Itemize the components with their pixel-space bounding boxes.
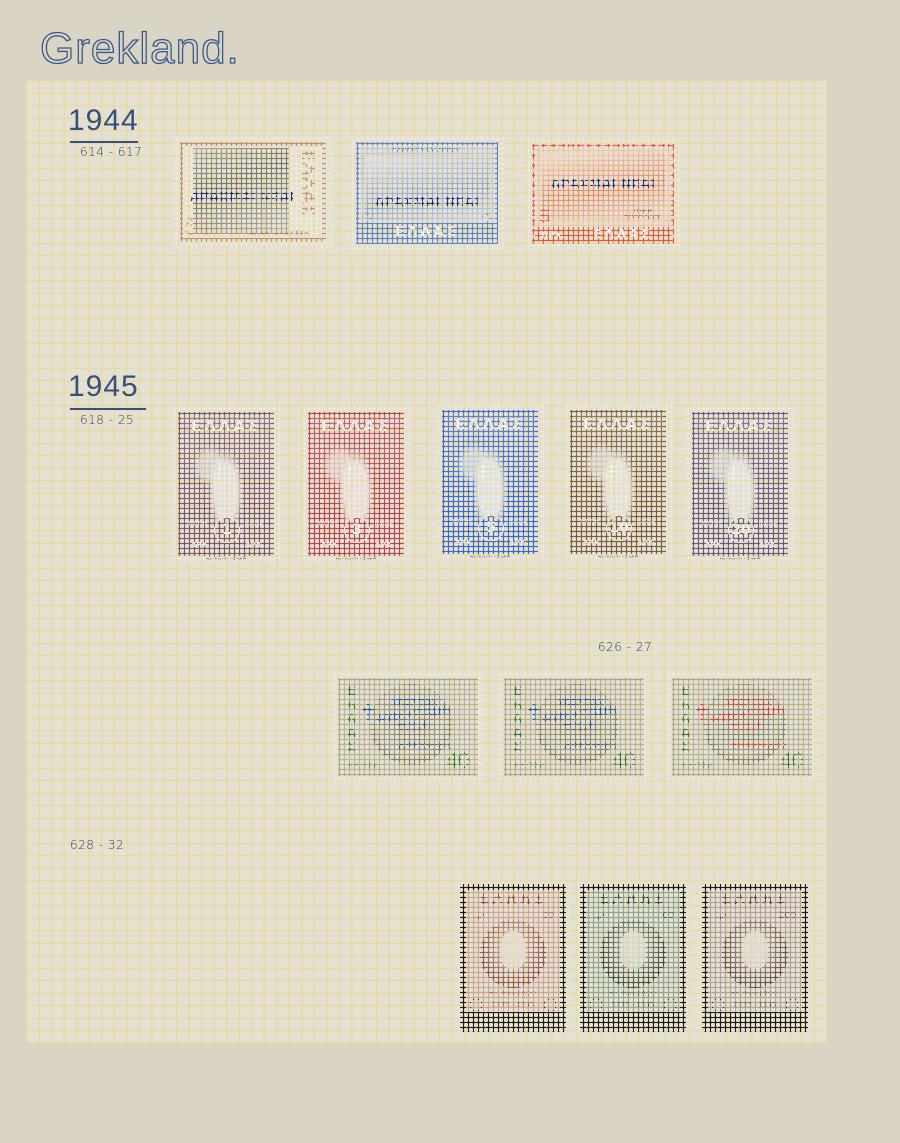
stamp-value: 50 xyxy=(185,214,212,242)
stamp-unit-left: ΔΡΧ xyxy=(321,541,337,549)
cross-of-lorraine-icon: ✝ xyxy=(693,701,711,726)
stamp-country: ΕΛΛΑΣ xyxy=(573,415,663,433)
stamp-printer: ΑΣΠΙΩΤΗ - ΕΛΚΑ xyxy=(564,554,672,560)
stamp-value: 1 xyxy=(214,517,240,543)
cross-of-lorraine-icon: ✝ xyxy=(525,701,543,726)
stamp-legend-left: Η ΓΥΣΗ xyxy=(319,521,337,527)
stamp-country: ΕΛΛΑΣ xyxy=(296,150,318,216)
stamp-country: ΕΛΛΑΣ xyxy=(466,892,560,908)
stamp-currency: ΔΡ. xyxy=(474,912,487,921)
stamp-unit-right: ΔΡΧ xyxy=(375,541,391,549)
stamp-victory-20-drx[interactable]: ΕΛΛΑΣ Η ΓΥΣΗ Η ΔΟΞΑ 20 ΔΡΧ ΔΡΧ ΑΣΠΙΩΤΗ -… xyxy=(686,406,794,562)
stamp-ornament-band xyxy=(708,1012,802,1026)
stamp-country: ΕΛΛΑΣ xyxy=(344,684,358,757)
stamp-value: 10 xyxy=(606,515,632,541)
stamp-unit-left: ΔΡΧ xyxy=(455,539,471,547)
stamp-printer: ΑΣΠΙΩΤΗ - ΕΛΚΑ xyxy=(686,556,794,562)
stamp-country: ΕΛΛΑΣ xyxy=(586,892,680,908)
stamp-value: 3 xyxy=(344,517,370,543)
stamp-country: ΕΛΛΑΣ xyxy=(695,417,785,435)
stamp-illustration xyxy=(365,157,489,221)
stamp-value: 5 xyxy=(478,515,504,541)
stamp-printer: ΑΣΠΙΩΤΗ - ΕΛΚΑ xyxy=(436,554,544,560)
catalog-614-617: 614 - 617 xyxy=(80,145,142,159)
stamp-value: 5 xyxy=(539,206,550,229)
stamp-legend-right: Η ΔΟΞΑ xyxy=(759,521,777,527)
stamp-printer: ΑΣΠΙΩΤΗ - ΕΛΚΑ xyxy=(172,556,280,562)
catalog-628-32: 628 - 32 xyxy=(70,838,124,852)
greek-key-icon xyxy=(590,999,602,1011)
stamp-tb-overprint-3[interactable]: ΕΛΛΑΣ ΛΕΠΤΑ 40 ΥΠΕΡ ΤΩΝ ΦΥΜΑΤΙΚΩΝ Τ.Τ.Τ.… xyxy=(666,672,818,782)
stamp-value-right: 2 xyxy=(481,209,493,235)
stamp-unit-left: ΔΡΧ xyxy=(705,541,721,549)
stamp-unit-right: ΔΡΧ xyxy=(245,541,261,549)
stamp-unit-right: ΔΡΧ xyxy=(759,541,775,549)
stamp-ornament-band xyxy=(586,1012,680,1026)
stamp-country: ΕΛΛΑΣ xyxy=(181,417,271,435)
stamp-ornament-band xyxy=(466,1012,560,1026)
stamp-caption: ΝΑΥΜΑΧΙΑ ΣΑΛΑΜΙΝΟΣ xyxy=(359,147,495,154)
stamp-roosevelt-30-dr[interactable]: ΕΛΛΑΣ ΔΡ. 30 ΦΡ. ΡΟΟΣΕΒΕΛΤ 1882 - 1945 xyxy=(456,880,570,1036)
stamp-caption: ΔΙΑΓΟΡΑΣ ΟΛΥΜΠΙΟΝΙΚΗΣ xyxy=(247,231,311,237)
stamp-overprint: ΔΡΑΧΜΑΙ ΝΕΑΙ xyxy=(359,195,495,209)
page-title: Grekland. xyxy=(40,24,240,74)
stamp-overprint: ΔΡΑΧΜΑΙ ΝΕΑΙ xyxy=(535,177,671,191)
stamp-victory-5-drx[interactable]: ΕΛΛΑΣ Η ΓΥΣΗ Η ΔΟΞΑ 5 ΔΡΧ ΔΡΧ ΑΣΠΙΩΤΗ - … xyxy=(436,404,544,560)
stamp-tb-overprint-2[interactable]: ΕΛΛΑΣ ΛΕΠΤΑ 40 ΥΠΕΡ ΤΩΝ ΦΥΜΑΤΙΚΩΝ Τ.Τ.Τ.… xyxy=(498,672,650,782)
stamp-unit: ΛΕΠΤΑ xyxy=(348,761,380,770)
stamp-unit-right: ΔΡΧ xyxy=(509,539,525,547)
stamp-legend-left: Η ΓΥΣΗ xyxy=(453,519,471,525)
year-1944-label: 1944 xyxy=(68,104,139,138)
stamp-overprint: ΥΠΕΡ ΤΩΝ ΦΥΜΑΤΙΚΩΝ Τ.Τ.Τ. ΔΡΑΧΜΑΙ 2 xyxy=(698,697,799,753)
stamp-name: ΦΡ. ΡΟΟΣΕΒΕΛΤ xyxy=(708,991,802,998)
stamp-country: ΕΛΛΑΣ xyxy=(445,415,535,433)
stamp-value: 60 xyxy=(663,911,674,921)
stamp-2-drx-surcharge[interactable]: ΝΑΥΜΑΧΙΑ ΣΑΛΑΜΙΝΟΣ ΔΡΑΧΜΑΙ ΝΕΑΙ ΕΛΛΑΣ 2 … xyxy=(350,136,504,250)
stamp-victory-3-drx[interactable]: ΕΛΛΑΣ Η ΓΥΣΗ Η ΔΟΞΑ 3 ΔΡΧ ΔΡΧ ΑΣΠΙΩΤΗ - … xyxy=(302,406,410,562)
stamp-printer: ΑΣΠΙΩΤΗ - ΕΛΚΑ xyxy=(302,556,410,562)
year-1945-underline xyxy=(70,408,146,410)
greek-key-icon xyxy=(786,999,798,1011)
stamp-legend-right: Η ΔΟΞΑ xyxy=(637,519,655,525)
stamp-unit: ΛΕΠΤΑ xyxy=(213,229,239,238)
stamp-overprint: ΔΡΑΧΜΑΙ ΝΕΑΙ xyxy=(183,190,302,204)
stamp-value: 20 xyxy=(728,517,754,543)
stamp-roosevelt-200-dr[interactable]: ΕΛΛΑΣ ΔΡ. 200 ΦΡ. ΡΟΟΣΕΒΕΛΤ 1882 - 1945 xyxy=(698,880,812,1036)
stamp-unit-left: ΔΡΧ xyxy=(191,541,207,549)
stamp-unit: ΛΕΠΤΑ xyxy=(682,761,714,770)
stamp-unit: ΔΡΧ. xyxy=(541,230,564,241)
stamp-country: ΕΛΛΑΣ xyxy=(678,684,692,757)
stamp-country: ΕΛΛΑΣ xyxy=(510,684,524,757)
stamp-value: 2 xyxy=(361,209,373,235)
portrait-face xyxy=(620,931,646,969)
stamp-currency: ΔΡ. xyxy=(716,912,729,921)
catalog-618-25: 618 - 25 xyxy=(80,413,134,427)
stamp-legend-right: Η ΔΟΞΑ xyxy=(375,521,393,527)
greek-key-icon xyxy=(544,999,556,1011)
greek-key-icon xyxy=(470,999,482,1011)
stamp-name: ΦΡ. ΡΟΟΣΕΒΕΛΤ xyxy=(586,991,680,998)
stamp-legend-right: Η ΔΟΞΑ xyxy=(509,519,527,525)
stamp-tb-overprint-1[interactable]: ΕΛΛΑΣ ΛΕΠΤΑ 40 ΥΠΕΡ ΤΩΝ ΦΥΜΑΤΙΚΩΝ Τ.Τ.Τ.… xyxy=(332,672,484,782)
stamp-name: ΦΡ. ΡΟΟΣΕΒΕΛΤ xyxy=(466,991,560,998)
stamp-5-drx-surcharge[interactable]: ΔΡΑΧΜΑΙ ΝΕΑΙ ΠΟΜΠΗ ΠΑΝΑΘΗΝΑΙΩΝ ΕΛΛΑΣ ΔΡΧ… xyxy=(526,138,680,250)
stamp-unit: ΛΕΠΤΑ xyxy=(514,761,546,770)
stamp-overprint: ΥΠΕΡ ΤΩΝ ΦΥΜΑΤΙΚΩΝ Τ.Τ.Τ. ΔΡΑΧΜΗ 1 xyxy=(530,697,631,753)
stamp-50-lepta-surcharge[interactable]: ΕΛΛΑΣ ΔΡΑΧΜΑΙ ΝΕΑΙ 50 ΛΕΠΤΑ ΔΙΑΓΟΡΑΣ ΟΛΥ… xyxy=(174,136,332,248)
stamp-roosevelt-60-dr[interactable]: ΕΛΛΑΣ ΔΡ. 60 ΦΡ. ΡΟΟΣΕΒΕΛΤ 1882 - 1945 xyxy=(576,880,690,1036)
stamp-unit-left: ΔΡΧ xyxy=(583,539,599,547)
cross-of-lorraine-icon: ✝ xyxy=(359,701,377,726)
stamp-country: ΕΛΛΑΣ xyxy=(359,225,495,240)
stamp-victory-10-drx[interactable]: ΕΛΛΑΣ Η ΓΥΣΗ Η ΔΟΞΑ 10 ΔΡΧ ΔΡΧ ΑΣΠΙΩΤΗ -… xyxy=(564,404,672,560)
catalog-626-27: 626 - 27 xyxy=(598,640,652,654)
stamp-legend-left: Η ΓΥΣΗ xyxy=(189,521,207,527)
stamp-value: 30 xyxy=(543,911,554,921)
stamp-legend-right: Η ΔΟΞΑ xyxy=(245,521,263,527)
year-1944-underline xyxy=(70,141,138,143)
stamp-legend-left: Η ΓΥΣΗ xyxy=(581,519,599,525)
greek-key-icon xyxy=(664,999,676,1011)
stamp-country: ΕΛΛΑΣ xyxy=(311,417,401,435)
stamp-victory-1-drx[interactable]: ΕΛΛΑΣ Η ΓΥΣΗ Η ΔΟΞΑ 1 ΔΡΧ ΔΡΧ ΑΣΠΙΩΤΗ - … xyxy=(172,406,280,562)
stamp-overprint: ΥΠΕΡ ΤΩΝ ΦΥΜΑΤΙΚΩΝ Τ.Τ.Τ. ΔΡΑΧΜΗ 1 xyxy=(364,697,465,753)
year-1945-label: 1945 xyxy=(68,370,139,404)
stamp-value: 200 xyxy=(779,911,796,921)
portrait-face xyxy=(500,931,526,969)
stamp-country: ΕΛΛΑΣ xyxy=(708,892,802,908)
greek-key-icon xyxy=(712,999,724,1011)
stamp-country: ΕΛΛΑΣ xyxy=(575,227,671,241)
stamp-legend-left: Η ΓΥΣΗ xyxy=(703,521,721,527)
portrait-face xyxy=(742,931,768,969)
stamp-unit-right: ΔΡΧ xyxy=(637,539,653,547)
stamp-currency: ΔΡ. xyxy=(594,912,607,921)
stamp-caption: ΠΟΜΠΗ ΠΑΝΑΘΗΝΑΙΩΝ xyxy=(623,209,663,221)
